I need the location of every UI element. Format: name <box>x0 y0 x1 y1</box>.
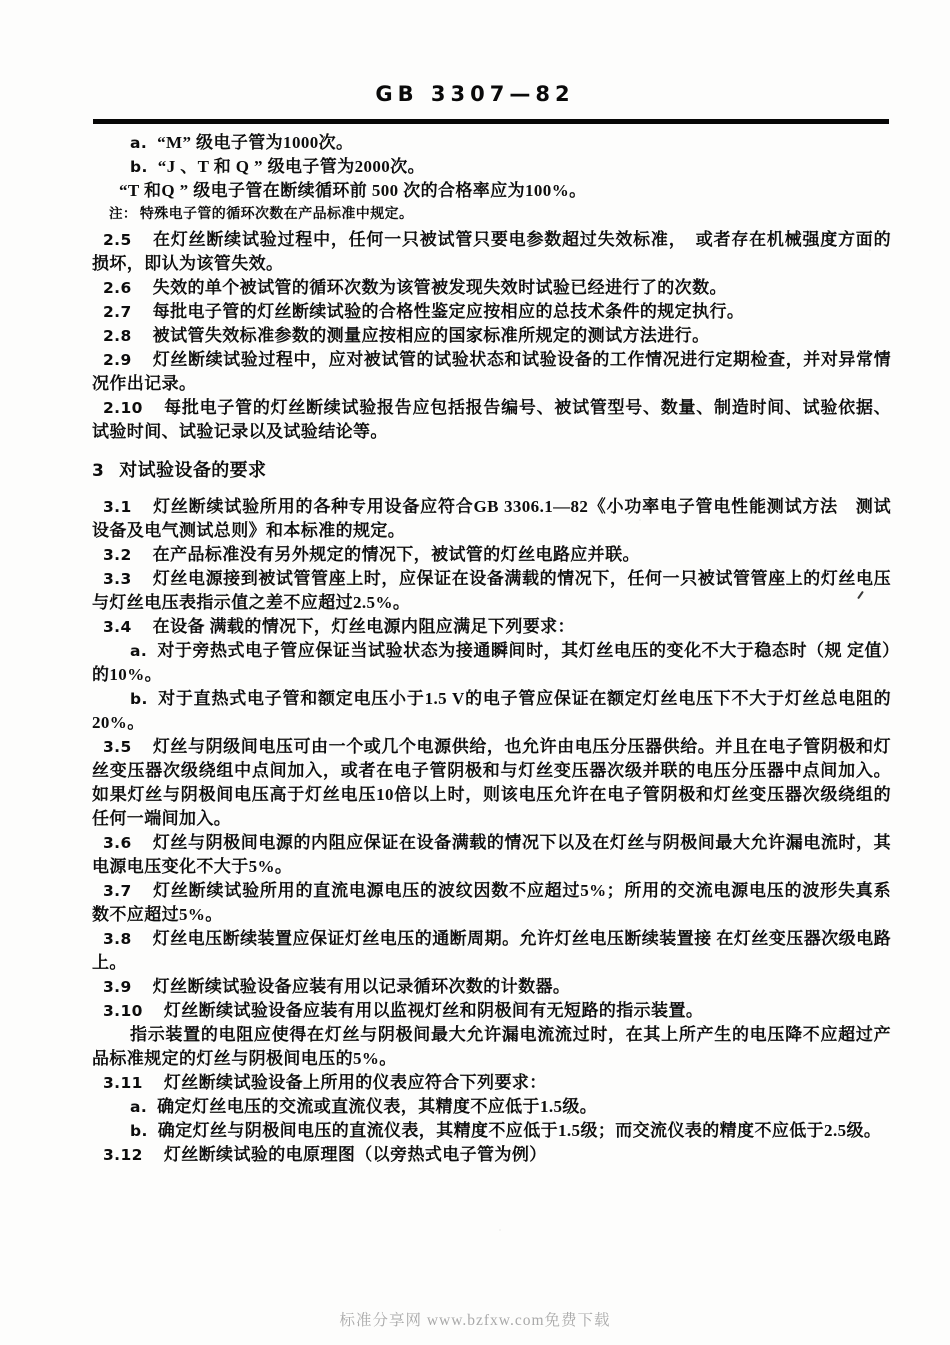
clause-label: 2.6 <box>103 279 132 297</box>
clause-label: 3.2 <box>103 546 132 564</box>
paragraph-text: “J 、T 和 Q ” 级电子管为2000次。 <box>158 157 425 176</box>
clause-label: 3.9 <box>103 978 132 996</box>
standard-number-header: GB 3307—82 <box>0 82 950 106</box>
clause-label: 3.8 <box>103 930 132 948</box>
paragraph-text: 每批电子管的灯丝断续试验的合格性鉴定应按相应的总技术条件的规定执行。 <box>153 302 745 321</box>
clause-label: 3.4 <box>103 618 132 636</box>
paragraph: 指示装置的电阻应使得在灯丝与阴极间最大允许漏电流流过时，在其上所产生的电压降不应… <box>92 1023 891 1071</box>
paragraph-text: 指示装置的电阻应使得在灯丝与阴极间最大允许漏电流流过时，在其上所产生的电压降不应… <box>92 1025 891 1068</box>
clause-label: 3.6 <box>103 834 132 852</box>
paragraph: 3.7灯丝断续试验所用的直流电源电压的波纹因数不应超过5%；所用的交流电源电压的… <box>92 879 891 927</box>
clause-label: 2.8 <box>103 327 132 345</box>
paragraph: 3.3灯丝电源接到被试管管座上时，应保证在设备满载的情况下，任何一只被试管管座上… <box>92 567 891 615</box>
paragraph-text: 灯丝断续试验过程中，应对被试管的试验状态和试验设备的工作情况进行定期检查，并对异… <box>92 350 891 393</box>
paragraph-text: “M” 级电子管为1000次。 <box>157 133 353 152</box>
paragraph-text: 确定灯丝电压的交流或直流仪表，其精度不应低于1.5级。 <box>157 1097 597 1116</box>
paragraph-text: 灯丝与阴极间电源的内阻应保证在设备满载的情况下以及在灯丝与阴极间最大允许漏电流时… <box>92 833 891 876</box>
paragraph-text: 灯丝断续试验设备应装有用以记录循环次数的计数器。 <box>153 977 571 996</box>
scanned-document-page: GB 3307—82 a.“M” 级电子管为1000次。 b.“J 、T 和 Q… <box>0 0 950 1345</box>
paragraph-text: 灯丝与阴级间电压可由一个或几个电源供给，也允许由电压分压器供给。并且在电子管阴极… <box>92 737 891 828</box>
clause-label: 3.12 <box>103 1146 143 1164</box>
clause-label: 3.11 <box>103 1074 143 1092</box>
clause-label: 3.3 <box>103 570 132 588</box>
paragraph: 3.1灯丝断续试验所用的各种专用设备应符合GB 3306.1—82《小功率电子管… <box>92 495 891 543</box>
clause-label: 3.5 <box>103 738 132 756</box>
watermark-footer-text: 标准分享网 www.bzfxw.com免费下载 <box>0 1308 950 1330</box>
paragraph-text: 灯丝断续试验的电原理图（以旁热式电子管为例） <box>164 1145 547 1164</box>
clause-label: b. <box>130 158 148 176</box>
header-divider-rule <box>93 119 889 124</box>
clause-label: a. <box>130 134 147 152</box>
document-body: a.“M” 级电子管为1000次。 b.“J 、T 和 Q ” 级电子管为200… <box>92 131 891 1167</box>
clause-label: 2.7 <box>103 303 132 321</box>
paragraph-text: 对于旁热式电子管应保证当试验状态为接通瞬间时，其灯丝电压的变化不大于稳态时（规 … <box>92 641 891 684</box>
paragraph: b.“J 、T 和 Q ” 级电子管为2000次。 <box>92 155 891 179</box>
clause-label: b. <box>130 1122 148 1140</box>
paragraph-text: 被试管失效标准参数的测量应按相应的国家标准所规定的测试方法进行。 <box>153 326 710 345</box>
paragraph: a.确定灯丝电压的交流或直流仪表，其精度不应低于1.5级。 <box>92 1095 891 1119</box>
paragraph-text: 灯丝断续试验所用的直流电源电压的波纹因数不应超过5%；所用的交流电源电压的波形失… <box>92 881 891 924</box>
paragraph: a.“M” 级电子管为1000次。 <box>92 131 891 155</box>
paragraph-text: 灯丝断续试验所用的各种专用设备应符合GB 3306.1—82《小功率电子管电性能… <box>92 497 891 540</box>
paragraph: 3.10灯丝断续试验设备应装有用以监视灯丝和阴极间有无短路的指示装置。 <box>92 999 891 1023</box>
clause-label: 2.9 <box>103 351 132 369</box>
paragraph-text: 灯丝电源接到被试管管座上时，应保证在设备满载的情况下，任何一只被试管管座上的灯丝… <box>92 569 891 612</box>
paragraph-text: 确定灯丝与阴极间电压的直流仪表，其精度不应低于1.5级；而交流仪表的精度不应低于… <box>158 1121 882 1140</box>
paragraph-text: 在灯丝断续试验过程中，任何一只被试管只要电参数超过失效标准， 或者存在机械强度方… <box>92 230 891 273</box>
paragraph: 3.5灯丝与阴级间电压可由一个或几个电源供给，也允许由电压分压器供给。并且在电子… <box>92 735 891 831</box>
paragraph: 2.9灯丝断续试验过程中，应对被试管的试验状态和试验设备的工作情况进行定期检查，… <box>92 348 891 396</box>
paragraph: 2.6失效的单个被试管的循环次数为该管被发现失效时试验已经进行了的次数。 <box>92 276 891 300</box>
paragraph-text: 灯丝断续试验设备应装有用以监视灯丝和阴极间有无短路的指示装置。 <box>164 1001 703 1020</box>
paragraph: b.对于直热式电子管和额定电压小于1.5 V的电子管应保证在额定灯丝电压下不大于… <box>92 687 891 735</box>
clause-label: a. <box>130 642 147 660</box>
paragraph-text: 对于直热式电子管和额定电压小于1.5 V的电子管应保证在额定灯丝电压下不大于灯丝… <box>92 689 891 732</box>
clause-label: 2.5 <box>103 231 132 249</box>
paragraph: 3.2在产品标准没有另外规定的情况下，被试管的灯丝电路应并联。 <box>92 543 891 567</box>
clause-label: b. <box>130 690 148 708</box>
paragraph: 注：特殊电子管的循环次数在产品标准中规定。 <box>92 204 891 225</box>
paragraph-text: “T 和Q ” 级电子管在断续循环前 500 次的合格率应为100%。 <box>119 181 587 200</box>
paragraph: 2.5在灯丝断续试验过程中，任何一只被试管只要电参数超过失效标准， 或者存在机械… <box>92 228 891 276</box>
clause-label: 3.7 <box>103 882 132 900</box>
paragraph: 3.8灯丝电压断续装置应保证灯丝电压的通断周期。允许灯丝电压断续装置接 在灯丝变… <box>92 927 891 975</box>
paragraph: 3.11灯丝断续试验设备上所用的仪表应符合下列要求： <box>92 1071 891 1095</box>
paragraph: 3.12灯丝断续试验的电原理图（以旁热式电子管为例） <box>92 1143 891 1167</box>
paragraph-text: 对试验设备的要求 <box>119 460 266 480</box>
paragraph-text: 每批电子管的灯丝断续试验报告应包括报告编号、被试管型号、数量、制造时间、试验依据… <box>92 398 891 441</box>
paragraph-text: 灯丝电压断续装置应保证灯丝电压的通断周期。允许灯丝电压断续装置接 在灯丝变压器次… <box>92 929 891 972</box>
paragraph: 3对试验设备的要求 <box>92 458 891 483</box>
paragraph: 2.10每批电子管的灯丝断续试验报告应包括报告编号、被试管型号、数量、制造时间、… <box>92 396 891 444</box>
clause-label: 3 <box>92 461 104 481</box>
paragraph: 2.8被试管失效标准参数的测量应按相应的国家标准所规定的测试方法进行。 <box>92 324 891 348</box>
paragraph: b.确定灯丝与阴极间电压的直流仪表，其精度不应低于1.5级；而交流仪表的精度不应… <box>92 1119 891 1143</box>
clause-label: 3.1 <box>103 498 132 516</box>
clause-label: 2.10 <box>103 399 143 417</box>
paragraph: 3.9灯丝断续试验设备应装有用以记录循环次数的计数器。 <box>92 975 891 999</box>
paragraph-text: 在产品标准没有另外规定的情况下，被试管的灯丝电路应并联。 <box>153 545 640 564</box>
paragraph-text: 特殊电子管的循环次数在产品标准中规定。 <box>140 207 414 222</box>
paragraph-text: 灯丝断续试验设备上所用的仪表应符合下列要求： <box>164 1073 547 1092</box>
clause-label: 注： <box>109 206 137 222</box>
paragraph-text: 失效的单个被试管的循环次数为该管被发现失效时试验已经进行了的次数。 <box>153 278 727 297</box>
paragraph: 2.7每批电子管的灯丝断续试验的合格性鉴定应按相应的总技术条件的规定执行。 <box>92 300 891 324</box>
paragraph-text: 在设备 满载的情况下，灯丝电源内阻应满足下列要求： <box>153 617 575 636</box>
paragraph: 3.4在设备 满载的情况下，灯丝电源内阻应满足下列要求： <box>92 615 891 639</box>
clause-label: a. <box>130 1098 147 1116</box>
paragraph: “T 和Q ” 级电子管在断续循环前 500 次的合格率应为100%。 <box>92 179 891 203</box>
clause-label: 3.10 <box>103 1002 143 1020</box>
paragraph: a.对于旁热式电子管应保证当试验状态为接通瞬间时，其灯丝电压的变化不大于稳态时（… <box>92 639 891 687</box>
paragraph: 3.6灯丝与阴极间电源的内阻应保证在设备满载的情况下以及在灯丝与阴极间最大允许漏… <box>92 831 891 879</box>
